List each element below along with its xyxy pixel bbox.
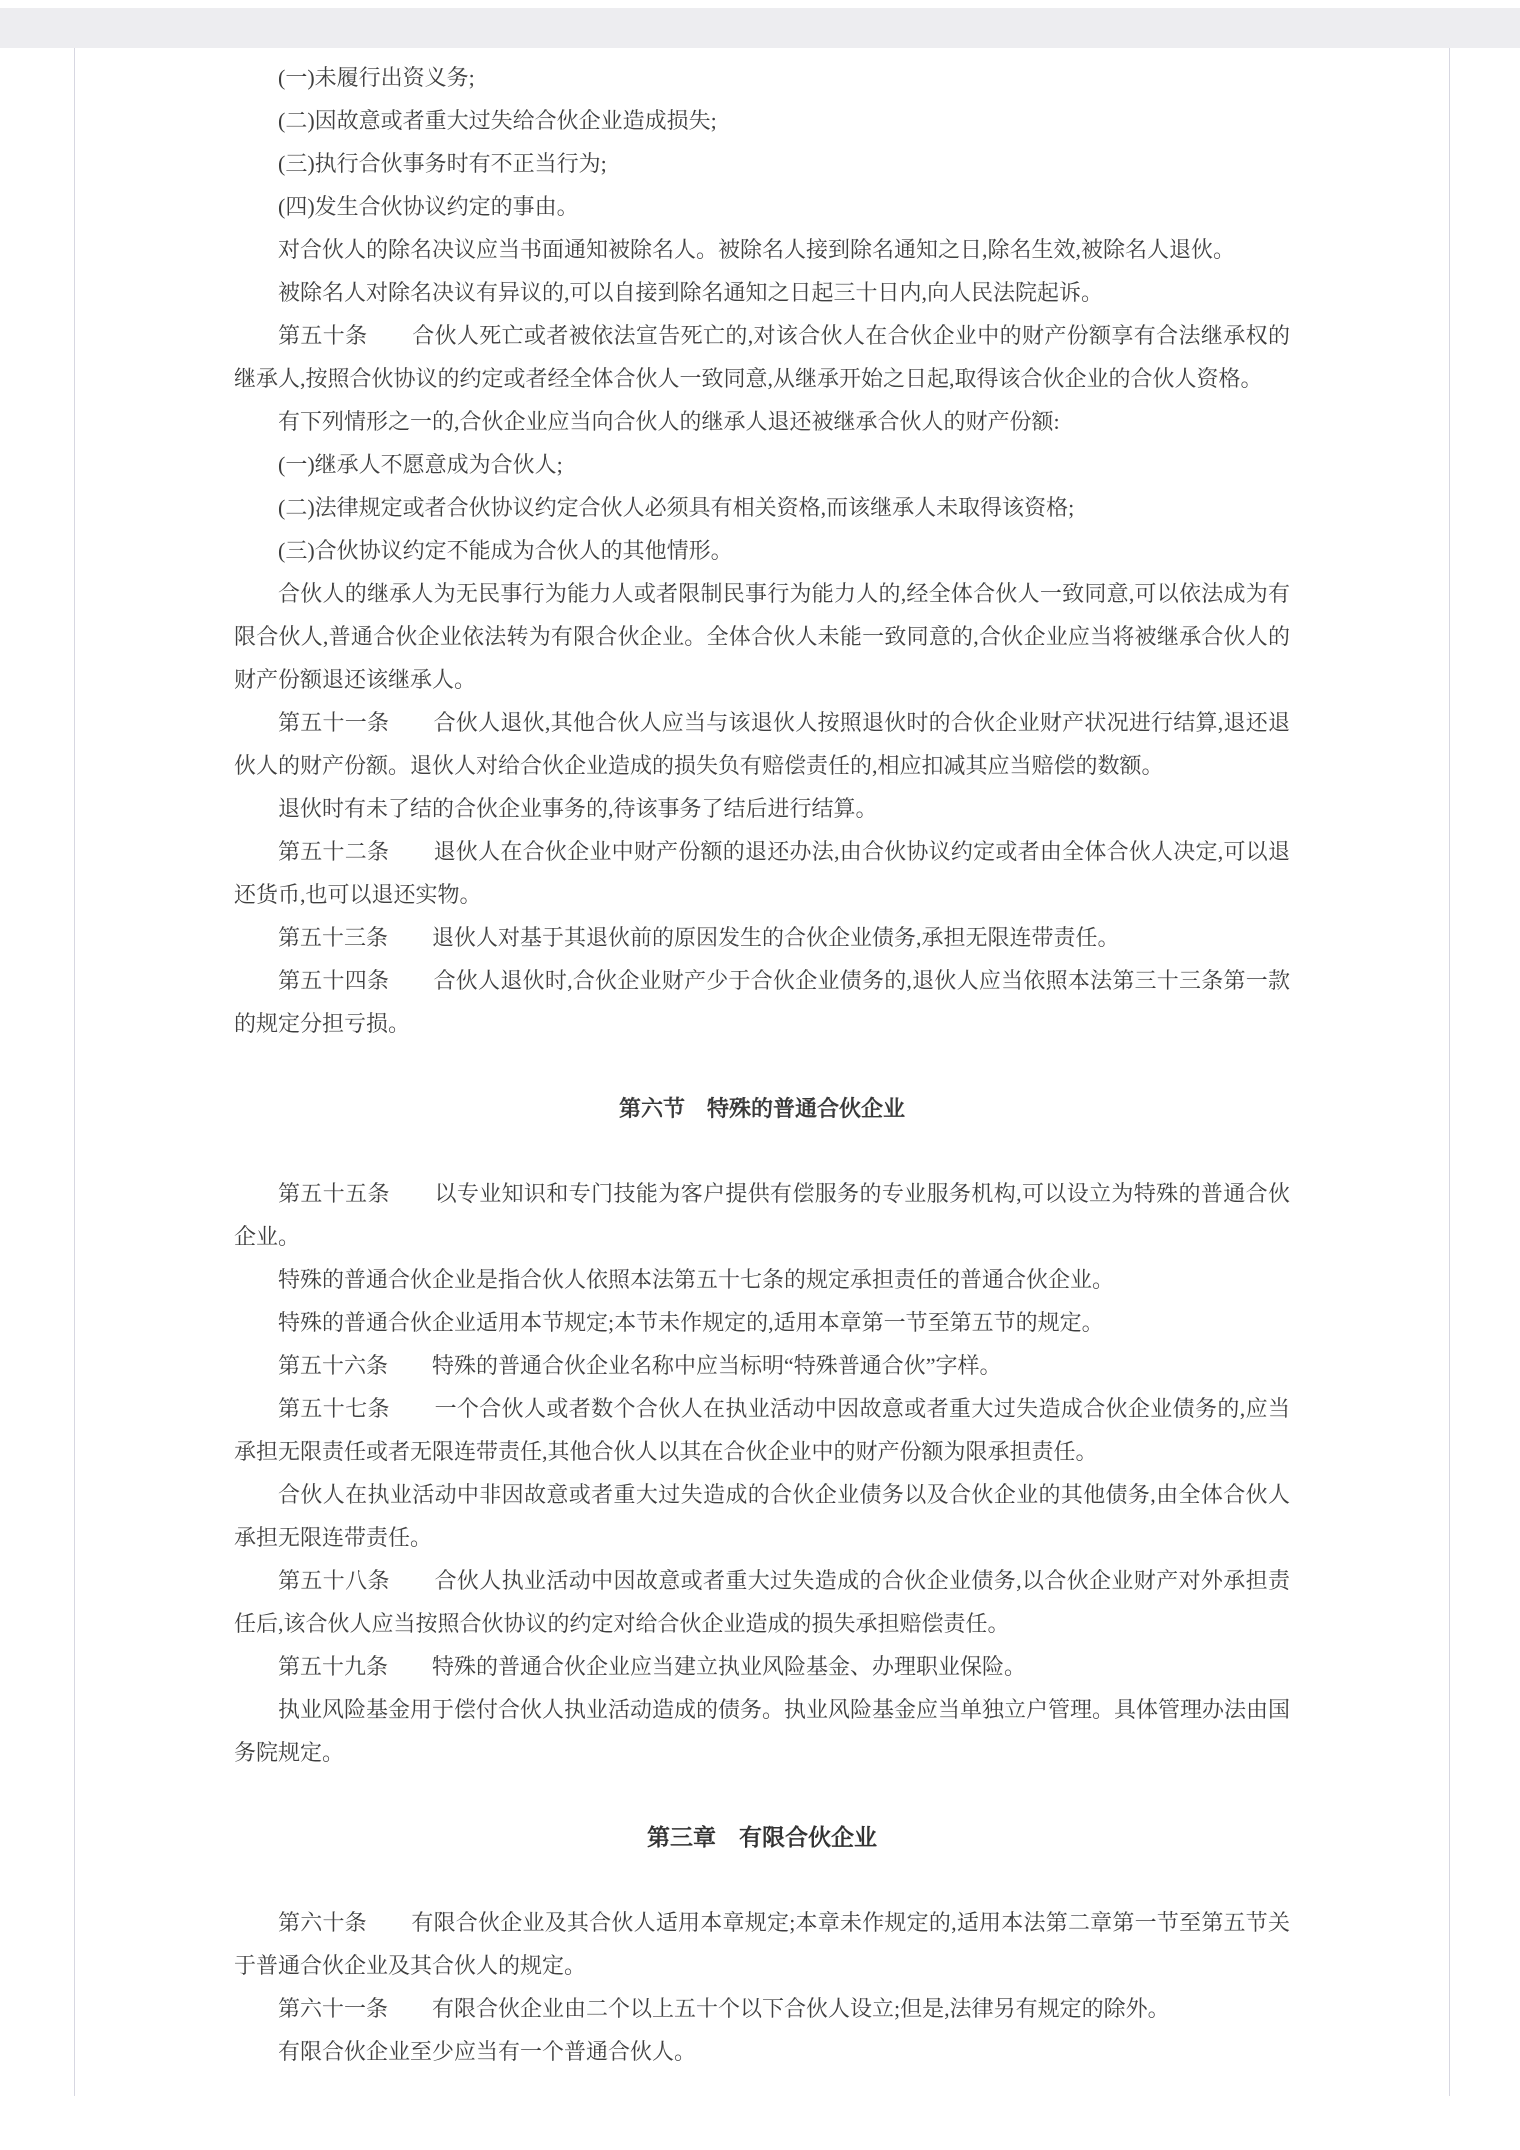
paragraph: (一)继承人不愿意成为合伙人;: [234, 443, 1290, 486]
chapter-heading: 第三章 有限合伙企业: [234, 1816, 1290, 1859]
paragraph: 有限合伙企业至少应当有一个普通合伙人。: [234, 2030, 1290, 2073]
paragraph: (二)法律规定或者合伙协议约定合伙人必须具有相关资格,而该继承人未取得该资格;: [234, 486, 1290, 529]
paragraph: 被除名人对除名决议有异议的,可以自接到除名通知之日起三十日内,向人民法院起诉。: [234, 271, 1290, 314]
paragraph: (三)合伙协议约定不能成为合伙人的其他情形。: [234, 529, 1290, 572]
paragraph: 第五十三条 退伙人对基于其退伙前的原因发生的合伙企业债务,承担无限连带责任。: [234, 916, 1290, 959]
paragraph: 第五十一条 合伙人退伙,其他合伙人应当与该退伙人按照退伙时的合伙企业财产状况进行…: [234, 701, 1290, 787]
paragraph: 第五十二条 退伙人在合伙企业中财产份额的退还办法,由合伙协议约定或者由全体合伙人…: [234, 830, 1290, 916]
paragraph: 对合伙人的除名决议应当书面通知被除名人。被除名人接到除名通知之日,除名生效,被除…: [234, 228, 1290, 271]
section-heading: 第六节 特殊的普通合伙企业: [234, 1087, 1290, 1130]
paragraph: 特殊的普通合伙企业是指合伙人依照本法第五十七条的规定承担责任的普通合伙企业。: [234, 1258, 1290, 1301]
paragraph: 第六十条 有限合伙企业及其合伙人适用本章规定;本章未作规定的,适用本法第二章第一…: [234, 1901, 1290, 1987]
paragraph: 第五十七条 一个合伙人或者数个合伙人在执业活动中因故意或者重大过失造成合伙企业债…: [234, 1387, 1290, 1473]
paragraph: (四)发生合伙协议约定的事由。: [234, 185, 1290, 228]
paragraph: 第六十一条 有限合伙企业由二个以上五十个以下合伙人设立;但是,法律另有规定的除外…: [234, 1987, 1290, 2030]
paragraph: (三)执行合伙事务时有不正当行为;: [234, 142, 1290, 185]
paragraph: 合伙人在执业活动中非因故意或者重大过失造成的合伙企业债务以及合伙企业的其他债务,…: [234, 1473, 1290, 1559]
document-page: (一)未履行出资义务;(二)因故意或者重大过失给合伙企业造成损失;(三)执行合伙…: [74, 48, 1450, 2096]
paragraph: 第五十九条 特殊的普通合伙企业应当建立执业风险基金、办理职业保险。: [234, 1645, 1290, 1688]
paragraph: 第五十四条 合伙人退伙时,合伙企业财产少于合伙企业债务的,退伙人应当依照本法第三…: [234, 959, 1290, 1045]
paragraph: 有下列情形之一的,合伙企业应当向合伙人的继承人退还被继承合伙人的财产份额:: [234, 400, 1290, 443]
paragraph: (二)因故意或者重大过失给合伙企业造成损失;: [234, 99, 1290, 142]
paragraph: 第五十八条 合伙人执业活动中因故意或者重大过失造成的合伙企业债务,以合伙企业财产…: [234, 1559, 1290, 1645]
paragraph: 第五十五条 以专业知识和专门技能为客户提供有偿服务的专业服务机构,可以设立为特殊…: [234, 1172, 1290, 1258]
paragraph: 第五十六条 特殊的普通合伙企业名称中应当标明“特殊普通合伙”字样。: [234, 1344, 1290, 1387]
paragraph: (一)未履行出资义务;: [234, 56, 1290, 99]
paragraph: 特殊的普通合伙企业适用本节规定;本节未作规定的,适用本章第一节至第五节的规定。: [234, 1301, 1290, 1344]
page-gap: [0, 8, 1520, 48]
page-content: (一)未履行出资义务;(二)因故意或者重大过失给合伙企业造成损失;(三)执行合伙…: [234, 56, 1290, 2073]
paragraph: 执业风险基金用于偿付合伙人执业活动造成的债务。执业风险基金应当单独立户管理。具体…: [234, 1688, 1290, 1774]
paragraph: 第五十条 合伙人死亡或者被依法宣告死亡的,对该合伙人在合伙企业中的财产份额享有合…: [234, 314, 1290, 400]
paragraph: 合伙人的继承人为无民事行为能力人或者限制民事行为能力人的,经全体合伙人一致同意,…: [234, 572, 1290, 701]
paragraph: 退伙时有未了结的合伙企业事务的,待该事务了结后进行结算。: [234, 787, 1290, 830]
